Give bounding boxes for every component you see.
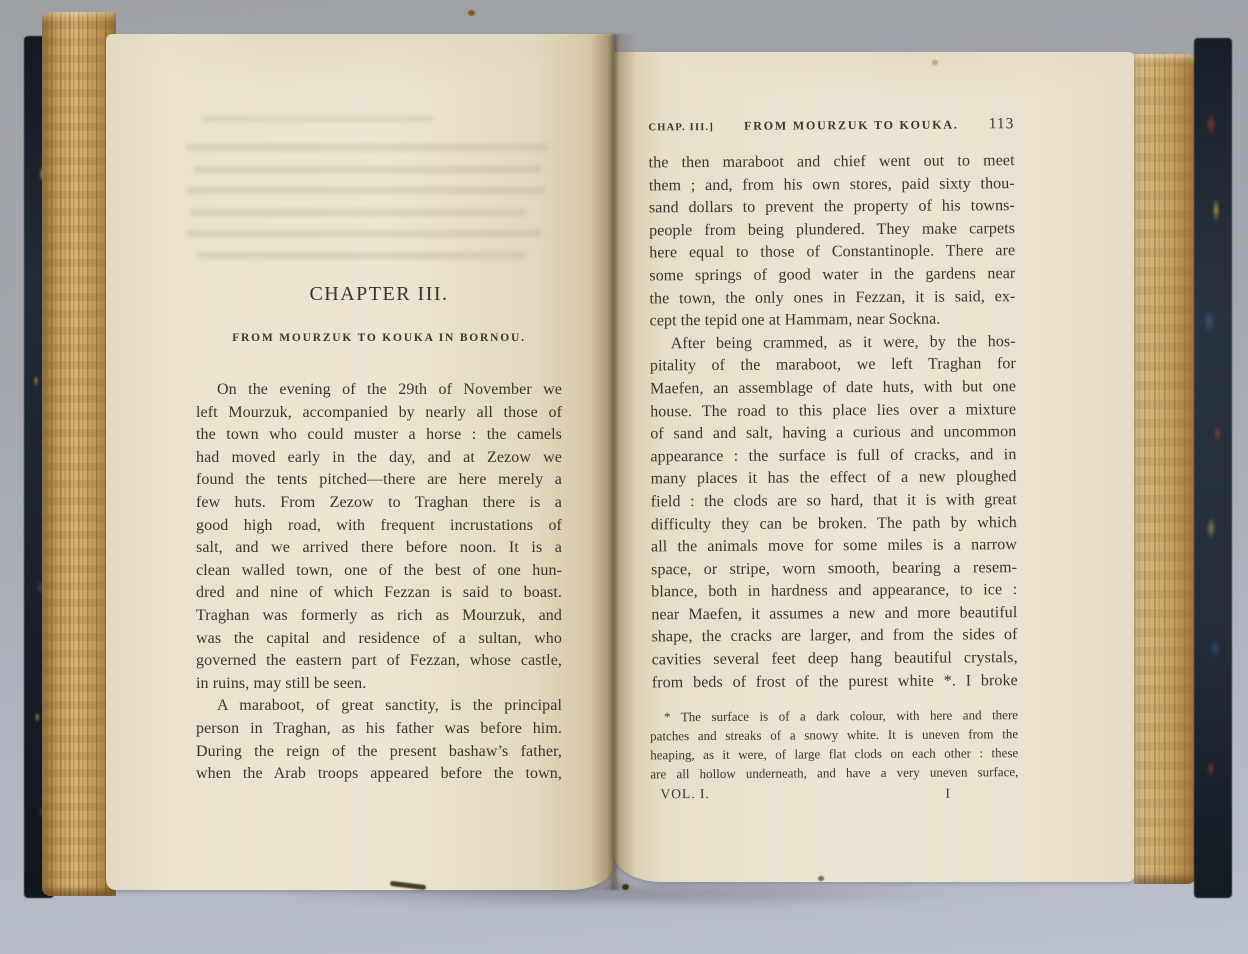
footnote: * The surface is of a dark colour, with … xyxy=(650,705,1018,783)
book-photograph: CHAPTER III. FROM MOURZUK TO KOUKA IN BO… xyxy=(0,0,1248,954)
text-line: appearance : the surface is full of crac… xyxy=(650,444,1016,469)
text-line: cept the tepid one at Hammam, near Sockn… xyxy=(650,308,1016,333)
right-page-edges xyxy=(1134,54,1196,884)
text-line: clean walled town, one of the best of on… xyxy=(196,560,562,583)
text-line: them ; and, from his own stores, paid si… xyxy=(649,173,1015,198)
text-line: of sand and salt, having a curious and u… xyxy=(650,421,1016,446)
text-line: A maraboot, of great sanctity, is the pr… xyxy=(196,695,562,718)
running-header: CHAP. III.] FROM MOURZUK TO KOUKA. 113 xyxy=(648,115,1014,135)
left-page-body: On the evening of the 29th of November w… xyxy=(196,379,562,786)
text-line: had moved early in the day, and at Zezow… xyxy=(196,447,562,470)
right-page: CHAP. III.] FROM MOURZUK TO KOUKA. 113 t… xyxy=(614,52,1136,882)
running-header-title: FROM MOURZUK TO KOUKA. xyxy=(714,117,989,134)
text-line: blance, both in hardness and appearance,… xyxy=(651,579,1017,604)
text-line: governed the eastern part of Fezzan, who… xyxy=(196,650,562,673)
text-line: shape, the cracks are larger, and from t… xyxy=(651,625,1017,650)
right-page-body: the then maraboot and chief went out to … xyxy=(649,150,1018,694)
text-line: Traghan was formerly as rich as Mourzuk,… xyxy=(196,605,562,628)
foxing-spot xyxy=(468,10,475,16)
page-footer: VOL. I. I xyxy=(660,784,1018,802)
text-line: * The surface is of a dark colour, with … xyxy=(650,705,1018,726)
text-line: On the evening of the 29th of November w… xyxy=(196,379,562,402)
signature-mark: I xyxy=(945,786,950,802)
text-line: here equal to those of Constantinople. T… xyxy=(649,241,1015,266)
text-line: difficulty they can be broken. The path … xyxy=(651,512,1017,537)
page-number: 113 xyxy=(989,115,1015,133)
chapter-subtitle: FROM MOURZUK TO KOUKA IN BORNOU. xyxy=(184,332,574,344)
paragraph: the then maraboot and chief went out to … xyxy=(649,150,1016,333)
text-line: some springs of good water in the garden… xyxy=(649,263,1015,288)
foxing-spot xyxy=(818,876,824,881)
paragraph: A maraboot, of great sanctity, is the pr… xyxy=(196,695,562,785)
foxing-spot xyxy=(622,884,629,890)
text-line: was the capital and residence of a sulta… xyxy=(196,628,562,651)
text-line: many places it has the effect of a new p… xyxy=(651,466,1017,491)
text-line: space, or stripe, worn smooth, bearing a… xyxy=(651,557,1017,582)
text-line: cavities several feet deep hang beautifu… xyxy=(652,647,1018,672)
text-line: pitality of the maraboot, we left Tragha… xyxy=(650,353,1016,378)
text-line: person in Traghan, as his father was bef… xyxy=(196,718,562,741)
right-marbled-cover-edge xyxy=(1194,38,1232,898)
text-line: Maefen, an assemblage of date huts, with… xyxy=(650,376,1016,401)
text-line: when the Arab troops appeared before the… xyxy=(196,763,562,786)
left-page: CHAPTER III. FROM MOURZUK TO KOUKA IN BO… xyxy=(106,34,614,890)
text-line: in ruins, may still be seen. xyxy=(196,673,562,696)
text-line: few huts. From Zezow to Traghan there is… xyxy=(196,492,562,515)
foxing-spot xyxy=(932,60,938,65)
text-line: dred and nine of which Fezzan is said to… xyxy=(196,582,562,605)
paragraph: On the evening of the 29th of November w… xyxy=(196,379,562,695)
text-line: from beds of frost of the purest white *… xyxy=(652,670,1018,695)
text-line: heaping, as it were, of large flat clods… xyxy=(650,743,1018,764)
text-line: patches and streaks of a snowy white. It… xyxy=(650,724,1018,745)
paragraph: * The surface is of a dark colour, with … xyxy=(650,705,1018,783)
text-line: the town, the only ones in Fezzan, it is… xyxy=(649,286,1015,311)
text-line: near Maefen, it assumes a new and more b… xyxy=(651,602,1017,627)
left-page-edges xyxy=(42,12,116,896)
text-line: During the reign of the present bashaw’s… xyxy=(196,741,562,764)
text-line: house. The road to this place lies over … xyxy=(650,399,1016,424)
text-line: salt, and we arrived there before noon. … xyxy=(196,537,562,560)
text-line: good high road, with frequent incrustati… xyxy=(196,515,562,538)
running-header-chapter: CHAP. III.] xyxy=(648,122,714,133)
text-line: are all hollow underneath, and have a ve… xyxy=(650,762,1018,783)
right-page-content: CHAP. III.] FROM MOURZUK TO KOUKA. 113 t… xyxy=(612,50,1139,883)
text-line: the then maraboot and chief went out to … xyxy=(649,150,1015,175)
text-line: After being crammed, as it were, by the … xyxy=(650,331,1016,356)
volume-label: VOL. I. xyxy=(660,786,709,801)
text-line: sand dollars to prevent the property of … xyxy=(649,195,1015,220)
text-line: field : the clods are so hard, that it i… xyxy=(651,489,1017,514)
chapter-heading: CHAPTER III. xyxy=(196,283,562,306)
text-line: all the animals move for some miles is a… xyxy=(651,534,1017,559)
text-line: people from being plundered. They make c… xyxy=(649,218,1015,243)
text-line: left Mourzuk, accompanied by nearly all … xyxy=(196,402,562,425)
text-line: the town who could muster a horse : the … xyxy=(196,424,562,447)
text-line: found the tents pitched—there are here m… xyxy=(196,469,562,492)
show-through-text xyxy=(186,116,560,296)
paragraph: After being crammed, as it were, by the … xyxy=(650,331,1018,695)
